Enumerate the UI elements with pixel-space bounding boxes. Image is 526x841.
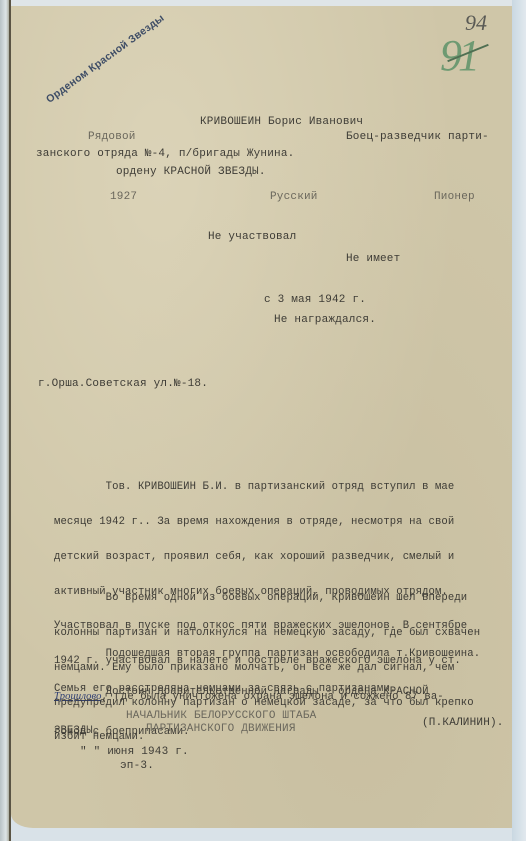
position-line2: занского отряда №-4, п/бригады Жунина. [36,148,294,160]
document-date: " " июня 1943 г. [80,746,189,758]
signatory-name: (П.КАЛИНИН). [422,717,504,729]
paragraph-4: Достоин правительственной награды - орде… [54,664,494,749]
previous-awards: Не награждался. [274,314,376,326]
scan-background-right [512,0,526,841]
document-ref: эп-3. [120,760,154,772]
p4-line: Достоин правительственной награды - орде… [54,687,494,699]
signature-title-line2: ПАРТИЗАНСКОГО ДВИЖЕНИЯ [146,723,296,735]
award-line: ордену КРАСНОЙ ЗВЕЗДЫ. [116,166,266,178]
wounds: Не имеет [346,253,400,265]
p1-line: детский возраст, проявил себя, как хорош… [54,552,494,564]
page-spine [9,0,11,841]
nationality: Русский [270,191,318,203]
p3-line: Подошедшая вторая группа партизан освобо… [54,649,494,661]
address: г.Орша.Советская ул.№-18. [38,378,208,390]
full-name: КРИВОШЕИН Борис Иванович [200,116,363,128]
participation: Не участвовал [208,231,296,243]
in-detachment-since: с 3 мая 1942 г. [264,294,366,306]
rank: Рядовой [88,131,136,143]
party: Пионер [434,191,475,203]
birth-year: 1927 [110,191,137,203]
signature-title-line1: НАЧАЛЬНИК БЕЛОРУССКОГО ШТАБА [126,710,316,722]
p2-line: Во время одной из боевых операций, Криво… [54,593,494,605]
p1-line: месяце 1942 г.. За время нахождения в от… [54,517,494,529]
p1-line: Тов. КРИВОШЕИН Б.И. в партизанский отряд… [54,482,494,494]
position-line1: Боец-разведчик парти- [346,131,489,143]
